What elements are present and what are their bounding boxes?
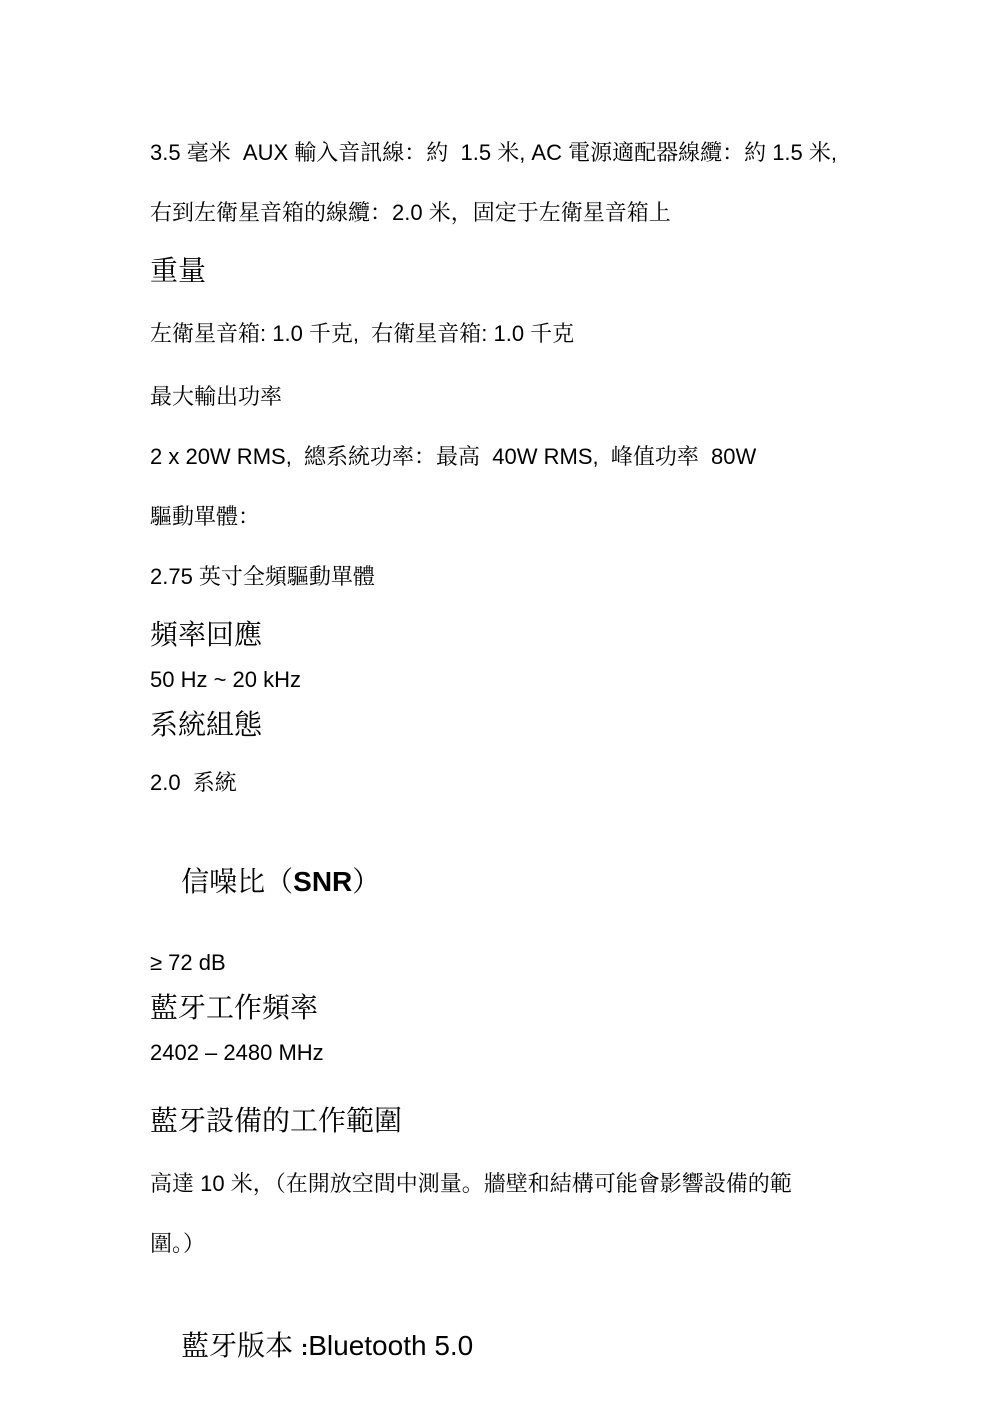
- paragraph-bt-range-line2: 圍。）: [150, 1229, 853, 1259]
- paragraph-bt-range-line1: 高達 10 米，（在開放空間中測量。牆壁和結構可能會影響設備的範: [150, 1169, 853, 1199]
- heading-system-config: 系統組態: [150, 707, 853, 743]
- snr-heading-bold: SNR: [293, 866, 352, 897]
- paragraph-cables-line1: 3.5 毫米 AUX 輸入音訊線：約 1.5 米, AC 電源適配器線纜：約 1…: [150, 138, 853, 168]
- bt-version-value: Bluetooth 5.0: [308, 1330, 473, 1361]
- paragraph-max-output-value: 2 x 20W RMS, 總系統功率：最高 40W RMS, 峰值功率 80W: [150, 442, 853, 472]
- label-max-output: 最大輸出功率: [150, 382, 853, 412]
- heading-bt-range: 藍牙設備的工作範圍: [150, 1103, 853, 1139]
- paragraph-weight-value: 左衛星音箱: 1.0 千克, 右衛星音箱: 1.0 千克: [150, 319, 853, 349]
- heading-weight: 重量: [150, 253, 853, 289]
- snr-heading-prefix: 信噪比（: [181, 866, 293, 897]
- paragraph-snr-value: ≥ 72 dB: [150, 948, 853, 978]
- heading-frequency-response: 頻率回應: [150, 617, 853, 653]
- heading-bt-frequency: 藍牙工作頻率: [150, 990, 853, 1026]
- paragraph-frequency-value: 50 Hz ~ 20 kHz: [150, 665, 853, 695]
- heading-snr: 信噪比（SNR）: [150, 828, 853, 936]
- paragraph-cables-line2: 右到左衛星音箱的線纜：2.0 米，固定于左衛星音箱上: [150, 198, 853, 228]
- paragraph-driver-value: 2.75 英寸全頻驅動單體: [150, 562, 853, 592]
- paragraph-system-value: 2.0 系統: [150, 768, 853, 798]
- heading-bt-version: 藍牙版本 :Bluetooth 5.0: [150, 1292, 853, 1402]
- label-driver: 驅動單體：: [150, 502, 853, 532]
- snr-heading-suffix: ）: [352, 866, 380, 897]
- paragraph-bt-frequency-value: 2402 – 2480 MHz: [150, 1038, 853, 1068]
- bt-version-label: 藍牙版本: [181, 1330, 301, 1361]
- document-page: 3.5 毫米 AUX 輸入音訊線：約 1.5 米, AC 電源適配器線纜：約 1…: [0, 0, 1001, 1415]
